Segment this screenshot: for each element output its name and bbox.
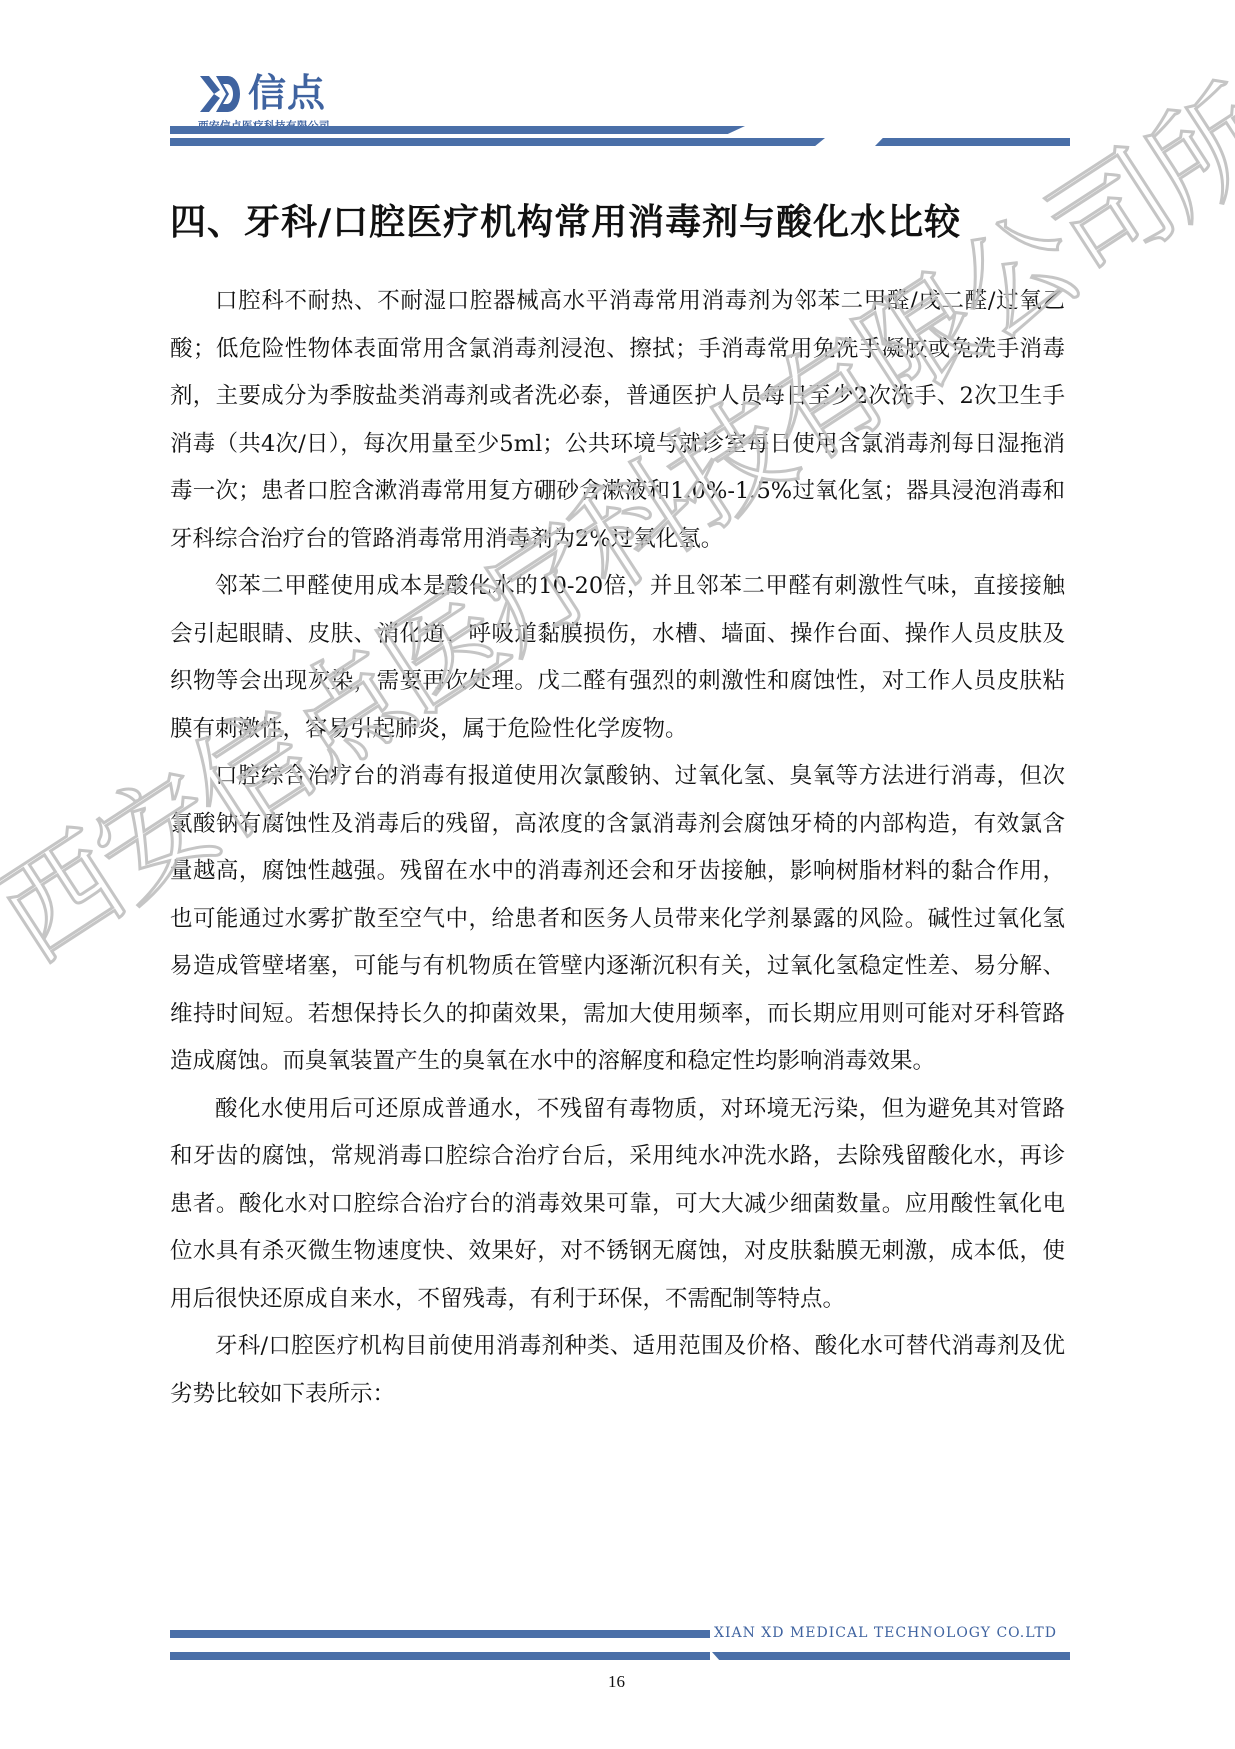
company-name-en: XIAN XD MEDICAL TECHNOLOGY CO.LTD	[714, 1625, 1057, 1641]
paragraph: 酸化水使用后可还原成普通水，不残留有毒物质，对环境无污染，但为避免其对管路和牙齿…	[170, 1086, 1065, 1324]
header-rule-lower-right	[875, 138, 1070, 146]
footer-rule-lower-left	[170, 1652, 710, 1660]
paragraph: 牙科/口腔医疗机构目前使用消毒剂种类、适用范围及价格、酸化水可替代消毒剂及优劣势…	[170, 1323, 1065, 1418]
page-number: 16	[608, 1672, 625, 1692]
paragraph: 口腔科不耐热、不耐湿口腔器械高水平消毒常用消毒剂为邻苯二甲醛/戊二醛/过氧乙酸；…	[170, 278, 1065, 563]
header-rule-lower-left	[170, 138, 825, 146]
footer-rule-upper	[170, 1630, 710, 1638]
logo-text: 信点	[248, 74, 326, 112]
paragraph: 邻苯二甲醛使用成本是酸化水的10-20倍，并且邻苯二甲醛有刺激性气味，直接接触会…	[170, 563, 1065, 753]
header-rule-upper	[170, 126, 745, 134]
paragraph: 口腔综合治疗台的消毒有报道使用次氯酸钠、过氧化氢、臭氧等方法进行消毒，但次氯酸钠…	[170, 753, 1065, 1086]
footer-rule-lower-right	[712, 1652, 1070, 1660]
company-logo: 信点	[200, 74, 326, 112]
section-title: 四、牙科/口腔医疗机构常用消毒剂与酸化水比较	[170, 194, 961, 245]
xd-logo-icon	[200, 76, 240, 112]
body-text: 口腔科不耐热、不耐湿口腔器械高水平消毒常用消毒剂为邻苯二甲醛/戊二醛/过氧乙酸；…	[170, 278, 1065, 1418]
